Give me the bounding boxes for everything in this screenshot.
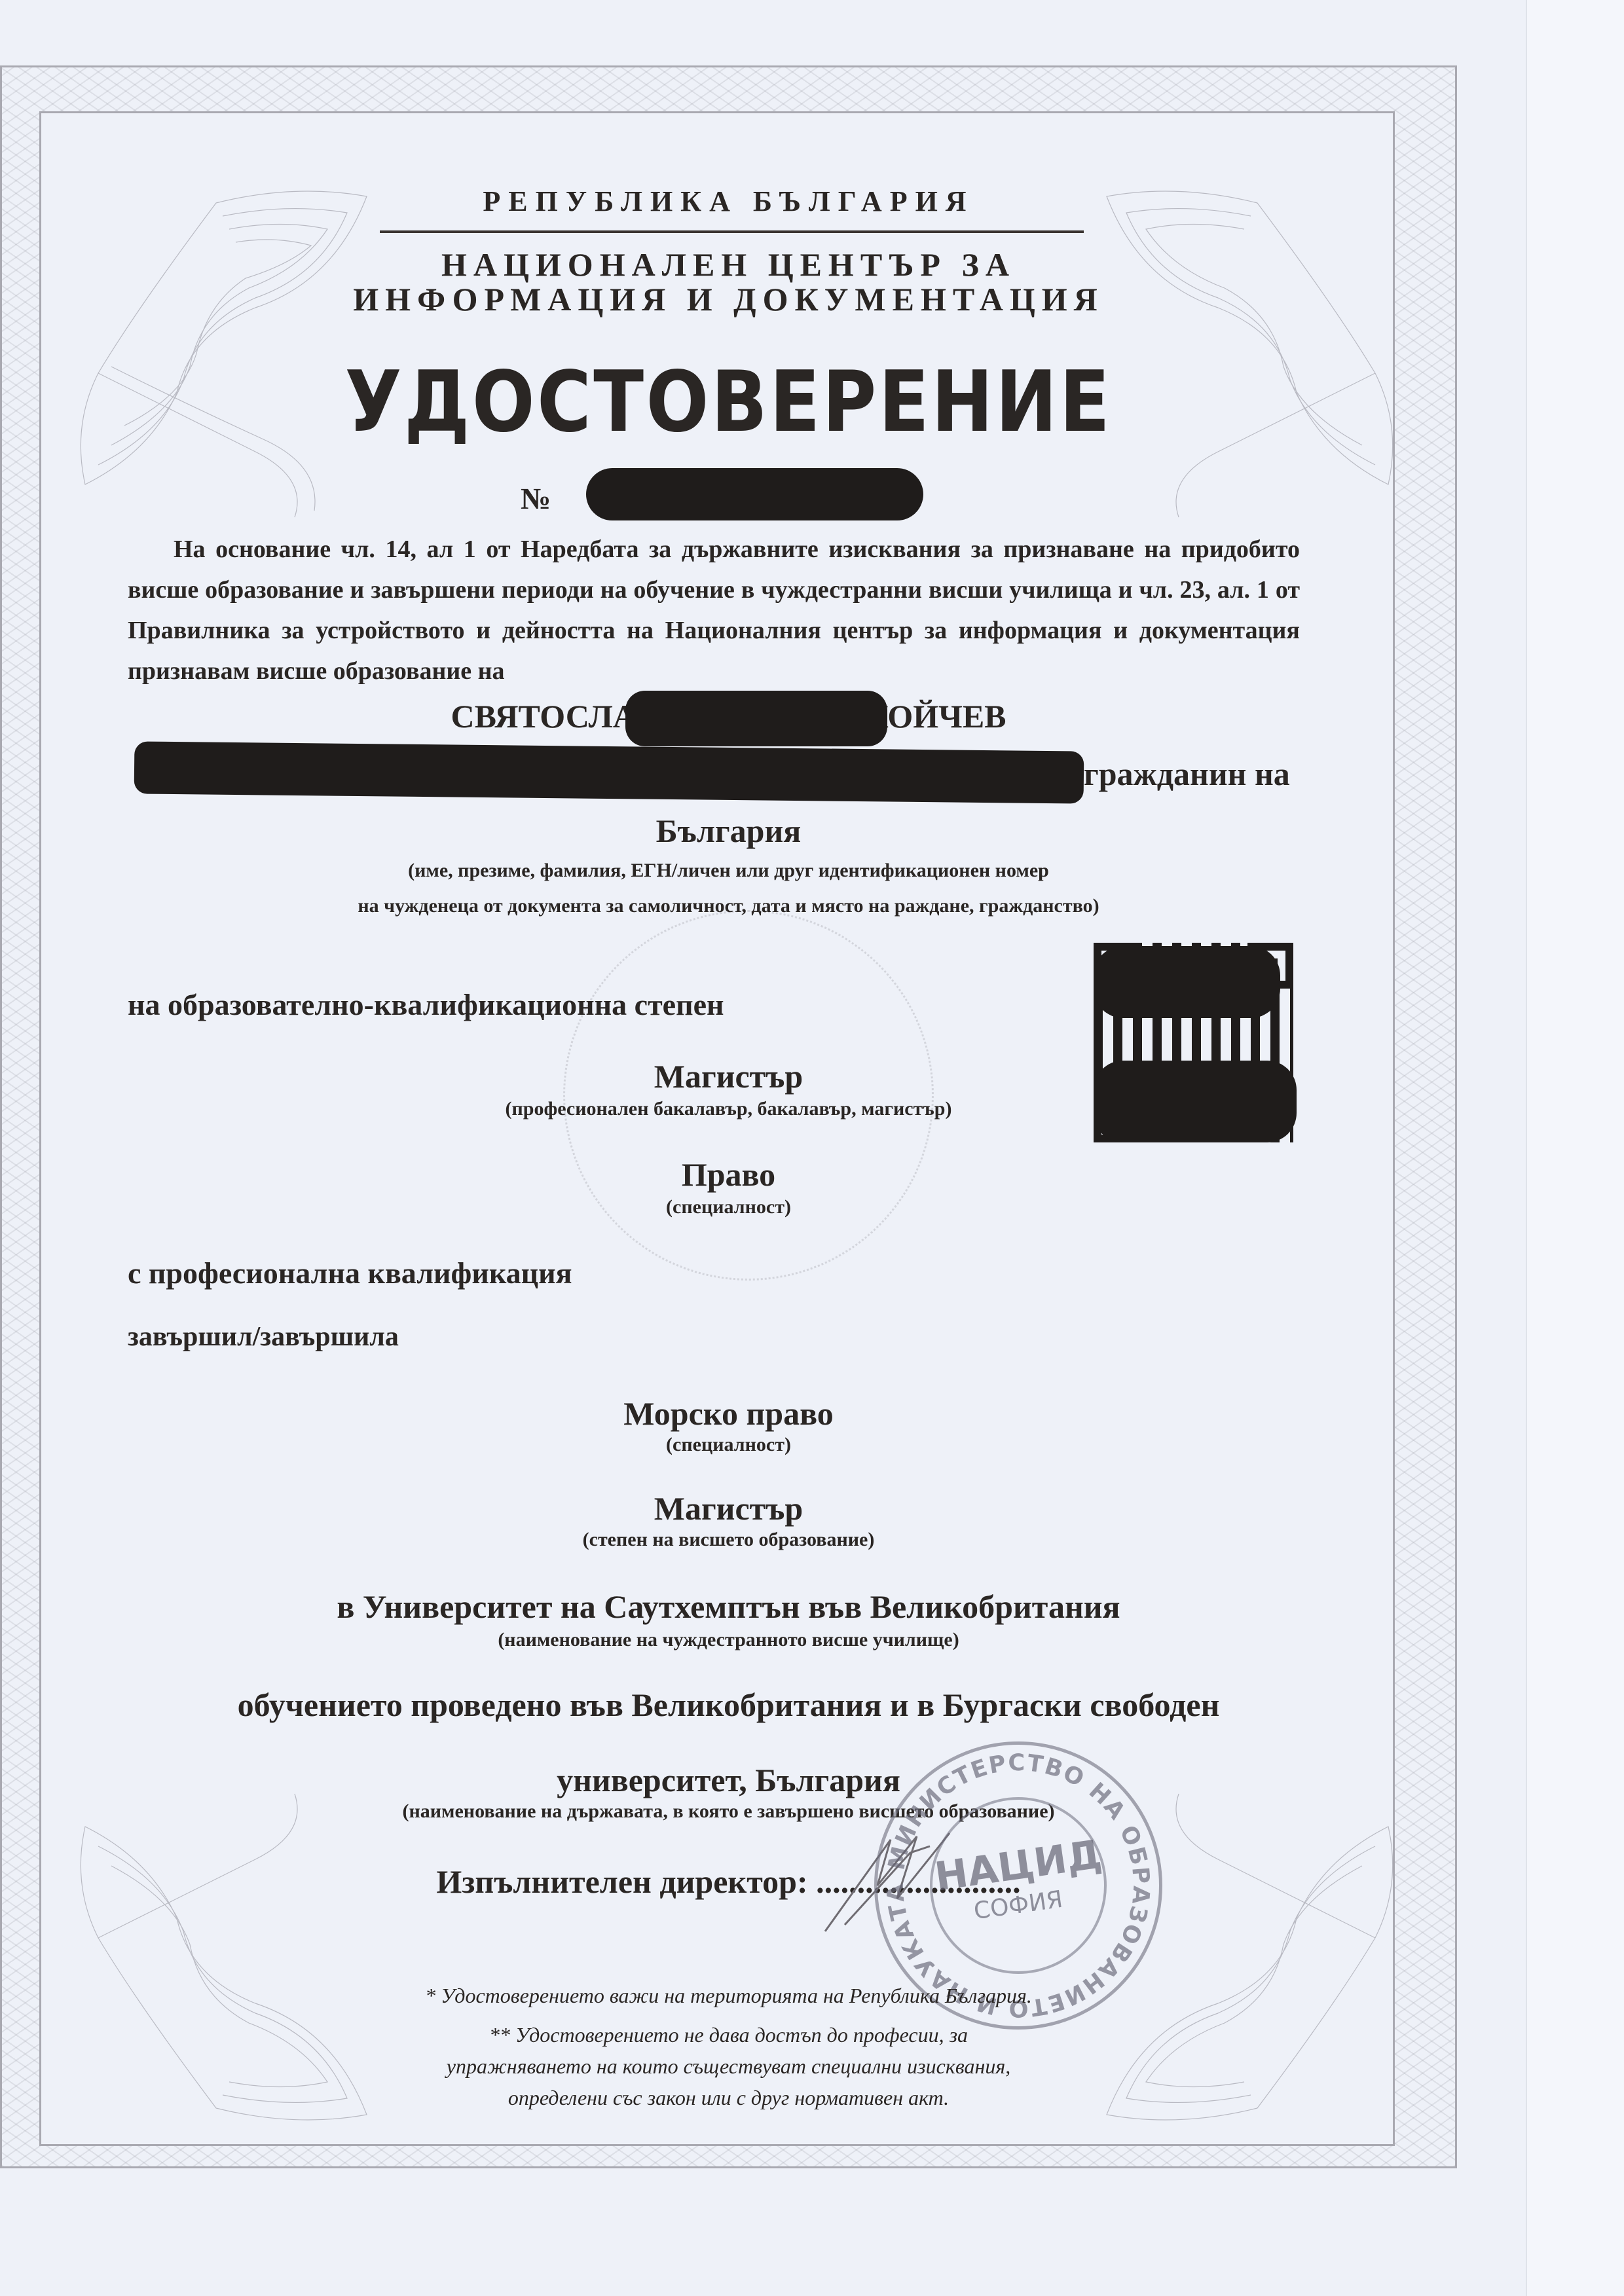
degree-caption: (професионален бакалавър, бакалавър, маг… xyxy=(0,1098,1457,1120)
institution-value: в Университет на Саутхемптън във Великоб… xyxy=(0,1588,1457,1626)
director-signature-line: Изпълнителен директор: .................… xyxy=(0,1863,1457,1901)
specialty-value: Право xyxy=(0,1156,1457,1194)
qualification-label: с професионална квалификация xyxy=(128,1256,572,1290)
holder-caption-line1: (име, презиме, фамилия, ЕГН/личен или др… xyxy=(0,860,1457,882)
redacted-qr-top xyxy=(1094,946,1280,1018)
header-divider xyxy=(380,230,1084,233)
guilloche-corner-ornament-icon xyxy=(59,1768,399,2134)
redacted-middle-name xyxy=(625,691,887,746)
redacted-certificate-number xyxy=(586,468,923,520)
footnote-access-line2: упражняването на които съществуват специ… xyxy=(0,2054,1457,2079)
citizenship: България xyxy=(0,812,1457,850)
country-line1: обучението проведено във Великобритания … xyxy=(0,1686,1457,1724)
foreign-specialty-value: Морско право xyxy=(0,1394,1457,1432)
specialty-caption: (специалност) xyxy=(0,1196,1457,1218)
number-label: № xyxy=(521,482,551,515)
director-label: Изпълнителен директор: xyxy=(436,1863,807,1900)
citizen-of-label: гражданин на xyxy=(1084,755,1290,793)
footnote-access-line3: определени със закон или с друг норматив… xyxy=(0,2086,1457,2110)
document-title: УДОСТОВЕРЕНИЕ xyxy=(88,354,1370,451)
country-caption: (наименование на държавата, в която е за… xyxy=(0,1800,1457,1823)
preamble-paragraph: На основание чл. 14, ал 1 от Наредбата з… xyxy=(128,529,1300,691)
footnote-access-line1: ** Удостоверението не дава достъп до про… xyxy=(0,2023,1457,2047)
watermark-seal xyxy=(563,910,934,1281)
degree-value: Магистър xyxy=(0,1057,1457,1095)
redacted-identification xyxy=(134,741,1084,803)
country-line2: университет, България xyxy=(0,1761,1457,1799)
completed-label: завършил/завършила xyxy=(128,1321,399,1353)
institution-heading-line2: ИНФОРМАЦИЯ И ДОКУМЕНТАЦИЯ xyxy=(0,280,1457,318)
certificate-number: № xyxy=(521,481,551,516)
degree-label: на образователно-квалификационна степен xyxy=(128,987,724,1022)
country-heading: РЕПУБЛИКА БЪЛГАРИЯ xyxy=(0,185,1457,218)
institution-caption: (наименование на чуждестранното висше уч… xyxy=(0,1629,1457,1651)
footnote-validity: * Удостоверението важи на територията на… xyxy=(0,1984,1457,2008)
foreign-degree-value: Магистър xyxy=(0,1489,1457,1527)
institution-heading-line1: НАЦИОНАЛЕН ЦЕНТЪР ЗА xyxy=(0,246,1457,283)
foreign-degree-caption: (степен на висшето образование) xyxy=(0,1529,1457,1551)
holder-caption-line2: на чужденеца от документа за самоличност… xyxy=(0,895,1457,917)
foreign-specialty-caption: (специалност) xyxy=(0,1434,1457,1456)
